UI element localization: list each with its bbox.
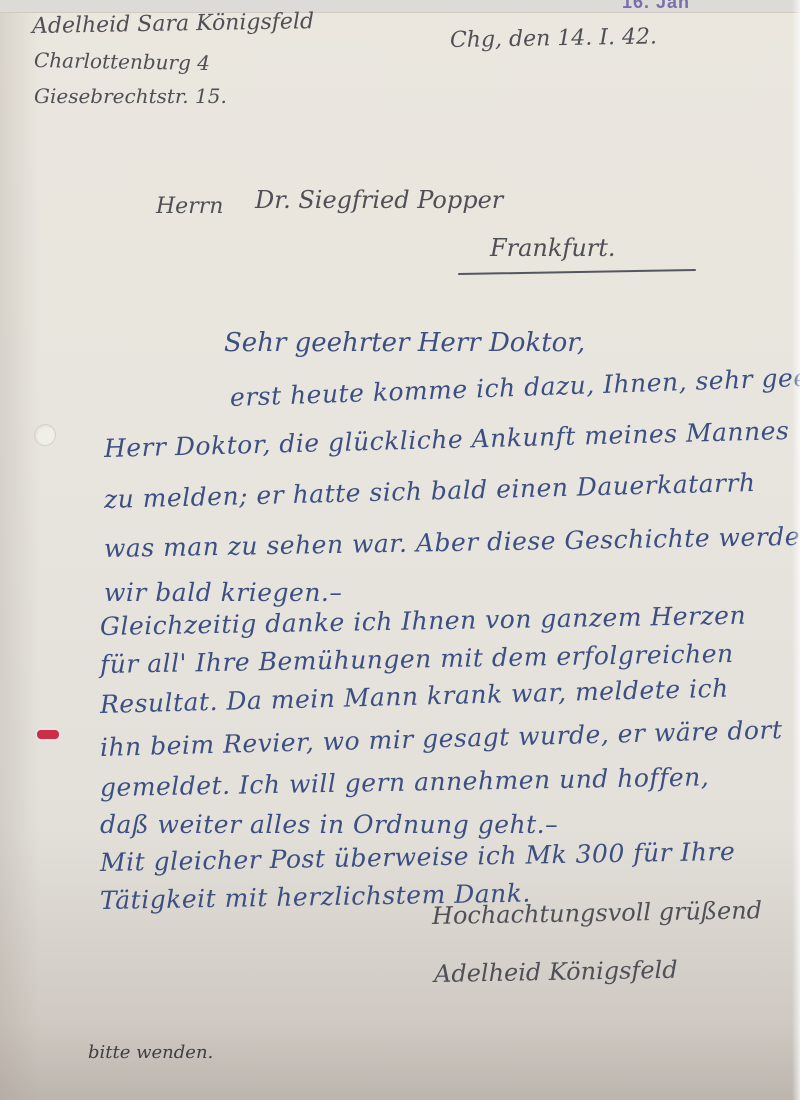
body-line: was man zu sehen war. Aber diese Geschic… (104, 524, 800, 561)
letter-page: 16. Jan Adelheid Sara Königsfeld Charlot… (0, 0, 800, 1100)
sender-street: Giesebrechtstr. 15. (34, 86, 227, 106)
recipient-city: Frankfurt. (490, 236, 616, 260)
address-underline (458, 269, 696, 275)
body-line: erst heute komme ich dazu, Ihnen, sehr g… (230, 362, 800, 410)
sender-district: Charlottenburg 4 (34, 50, 210, 73)
body-line: daß weiter alles in Ordnung geht.– (100, 812, 558, 837)
body-line: Herr Doktor, die glückliche Ankunft mein… (104, 418, 790, 461)
body-line: Resultat. Da mein Mann krank war, meldet… (100, 676, 729, 717)
body-line: Mit gleicher Post überweise ich Mk 300 f… (100, 839, 736, 875)
sender-name: Adelheid Sara Königsfeld (32, 11, 314, 38)
body-line: ihn beim Revier, wo mir gesagt wurde, er… (100, 717, 783, 760)
red-margin-mark (37, 730, 59, 739)
signature: Adelheid Königsfeld (434, 958, 678, 986)
letter-greeting: Sehr geehrter Herr Doktor, (224, 330, 585, 356)
body-line: zu melden; er hatte sich bald einen Daue… (104, 470, 756, 512)
received-date-stamp: 16. Jan (622, 0, 690, 13)
recipient-name: Dr. Siegfried Popper (255, 188, 503, 212)
body-line: für all' Ihre Bemühungen mit dem erfolgr… (100, 641, 734, 677)
recipient-salutation: Herrn (156, 196, 223, 218)
letter-closing: Hochachtungsvoll grüßend (432, 898, 762, 928)
please-turn-over-note: bitte wenden. (88, 1044, 213, 1062)
body-line: wir bald kriegen.– (104, 580, 342, 605)
punch-hole (34, 424, 56, 446)
letter-date: Chg, den 14. I. 42. (450, 26, 657, 52)
body-line: gemeldet. Ich will gern annehmen und hof… (100, 764, 710, 800)
body-line: Gleichzeitig danke ich Ihnen von ganzem … (100, 603, 746, 639)
